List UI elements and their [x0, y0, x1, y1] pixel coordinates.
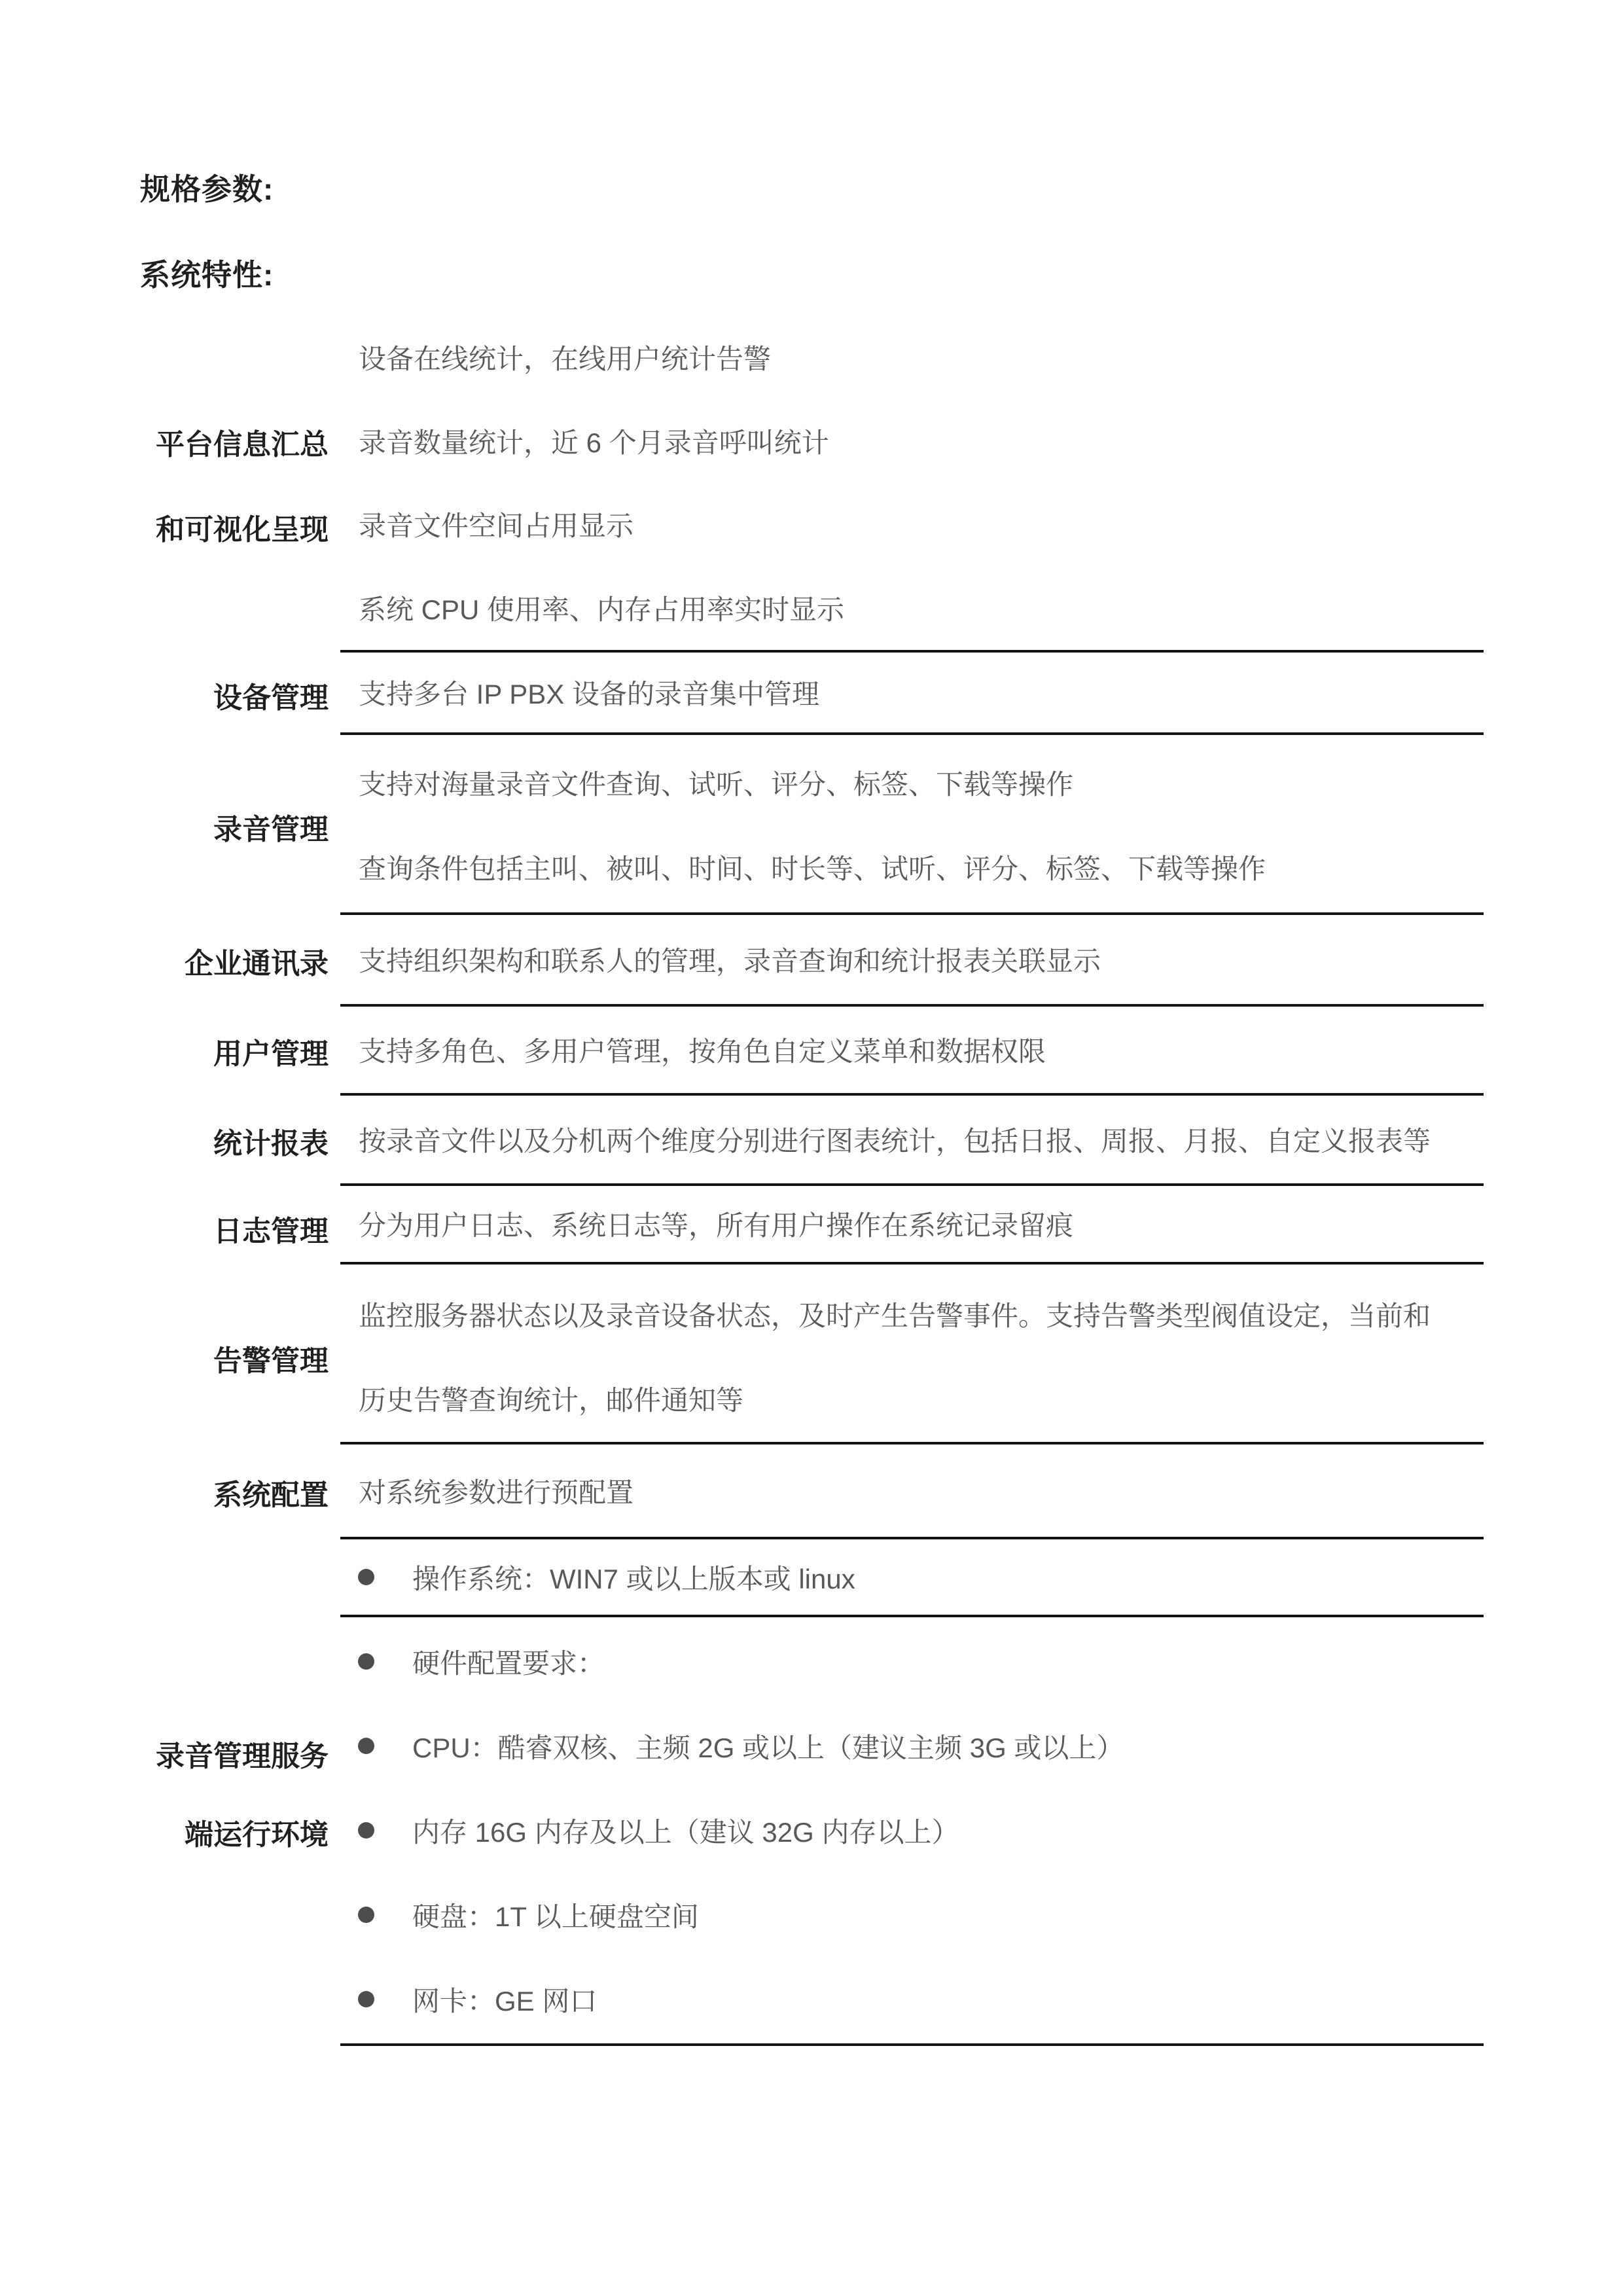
- row-content: 设备在线统计，在线用户统计告警 录音数量统计，近 6 个月录音呼叫统计 录音文件…: [340, 315, 1484, 653]
- table-row-system-config: 系统配置 对系统参数进行预配置: [140, 1444, 1484, 1539]
- label-line: 平台信息汇总: [156, 399, 329, 484]
- bullet-icon: [358, 1569, 374, 1585]
- feature-text: 设备在线统计，在线用户统计告警: [340, 315, 1484, 399]
- label-line: 设备管理: [213, 653, 329, 738]
- row-content: 支持组织架构和联系人的管理，录音查询和统计报表关联显示: [340, 915, 1484, 1007]
- feature-text: 系统 CPU 使用率、内存占用率实时显示: [340, 566, 1484, 650]
- feature-text: 历史告警查询统计，邮件通知等: [340, 1357, 1484, 1441]
- row-label: 统计报表: [140, 1096, 340, 1186]
- row-label: 平台信息汇总 和可视化呈现: [140, 315, 340, 653]
- row-content-stack: 操作系统：WIN7 或以上版本或 linux 硬件配置要求： CPU：酷睿双核、…: [340, 1539, 1484, 2046]
- heading-spec-params: 规格参数:: [140, 144, 1484, 230]
- row-content: 分为用户日志、系统日志等，所有用户操作在系统记录留痕: [340, 1186, 1484, 1265]
- table-row-recording-mgmt: 录音管理 支持对海量录音文件查询、试听、评分、标签、下载等操作 查询条件包括主叫…: [140, 738, 1484, 915]
- row-content: 硬件配置要求： CPU：酷睿双核、主频 2G 或以上（建议主频 3G 或以上） …: [340, 1617, 1484, 2046]
- feature-text: 按录音文件以及分机两个维度分别进行图表统计，包括日报、周报、月报、自定义报表等: [340, 1098, 1484, 1182]
- table-row-alarm-mgmt: 告警管理 监控服务器状态以及录音设备状态，及时产生告警事件。支持告警类型阀值设定…: [140, 1271, 1484, 1444]
- bullet-icon: [358, 1738, 374, 1754]
- label-line: 用户管理: [213, 1009, 329, 1094]
- row-content: 按录音文件以及分机两个维度分别进行图表统计，包括日报、周报、月报、自定义报表等: [340, 1096, 1484, 1186]
- label-line: 统计报表: [213, 1098, 329, 1183]
- label-line: 企业通讯录: [185, 918, 329, 1003]
- bullet-text: 内存 16G 内存及以上（建议 32G 内存以上）: [412, 1811, 959, 1850]
- bullet-icon: [358, 1907, 374, 1923]
- row-label: 录音管理服务 端运行环境: [140, 1539, 340, 2046]
- label-line: 日志管理: [213, 1186, 329, 1271]
- feature-text: 分为用户日志、系统日志等，所有用户操作在系统记录留痕: [340, 1186, 1484, 1262]
- table-row-device-mgmt: 设备管理 支持多台 IP PBX 设备的录音集中管理: [140, 653, 1484, 738]
- row-content: 支持对海量录音文件查询、试听、评分、标签、下载等操作 查询条件包括主叫、被叫、时…: [340, 738, 1484, 915]
- spec-bullet-item: CPU：酷睿双核、主频 2G 或以上（建议主频 3G 或以上）: [340, 1704, 1484, 1788]
- spec-bullet-item: 硬件配置要求：: [340, 1619, 1484, 1704]
- heading-system-features: 系统特性:: [140, 230, 1484, 315]
- row-label: 系统配置: [140, 1444, 340, 1539]
- spec-bullet-item: 硬盘：1T 以上硬盘空间: [340, 1873, 1484, 1957]
- row-content: 对系统参数进行预配置: [340, 1444, 1484, 1539]
- table-row-server-env: 录音管理服务 端运行环境 操作系统：WIN7 或以上版本或 linux 硬件配置…: [140, 1539, 1484, 2046]
- feature-text: 录音文件空间占用显示: [340, 483, 1484, 567]
- spec-bullet-item: 网卡：GE 网口: [340, 1957, 1484, 2041]
- feature-text: 对系统参数进行预配置: [340, 1448, 1484, 1533]
- row-label: 企业通讯录: [140, 915, 340, 1007]
- table-row-reports: 统计报表 按录音文件以及分机两个维度分别进行图表统计，包括日报、周报、月报、自定…: [140, 1096, 1484, 1186]
- features-table: 平台信息汇总 和可视化呈现 设备在线统计，在线用户统计告警 录音数量统计，近 6…: [140, 315, 1484, 2046]
- bullet-icon: [358, 1991, 374, 2007]
- table-row-user-mgmt: 用户管理 支持多角色、多用户管理，按角色自定义菜单和数据权限: [140, 1007, 1484, 1096]
- bullet-text: 硬件配置要求：: [412, 1642, 605, 1681]
- row-label: 日志管理: [140, 1186, 340, 1271]
- label-line: 告警管理: [213, 1316, 329, 1401]
- spec-bullet-item: 内存 16G 内存及以上（建议 32G 内存以上）: [340, 1788, 1484, 1873]
- table-row-log-mgmt: 日志管理 分为用户日志、系统日志等，所有用户操作在系统记录留痕: [140, 1186, 1484, 1271]
- label-line: 和可视化呈现: [156, 484, 329, 569]
- bullet-icon: [358, 1653, 374, 1670]
- table-row-contacts: 企业通讯录 支持组织架构和联系人的管理，录音查询和统计报表关联显示: [140, 915, 1484, 1007]
- row-content: 监控服务器状态以及录音设备状态，及时产生告警事件。支持告警类型阀值设定，当前和 …: [340, 1271, 1484, 1444]
- bullet-text: 硬盘：1T 以上硬盘空间: [412, 1895, 699, 1935]
- feature-text: 支持对海量录音文件查询、试听、评分、标签、下载等操作: [340, 741, 1484, 825]
- table-row-platform-summary: 平台信息汇总 和可视化呈现 设备在线统计，在线用户统计告警 录音数量统计，近 6…: [140, 315, 1484, 653]
- feature-text: 支持多角色、多用户管理，按角色自定义菜单和数据权限: [340, 1008, 1484, 1092]
- feature-text: 查询条件包括主叫、被叫、时间、时长等、试听、评分、标签、下载等操作: [340, 825, 1484, 910]
- bullet-text: CPU：酷睿双核、主频 2G 或以上（建议主频 3G 或以上）: [412, 1727, 1124, 1766]
- feature-text: 支持多台 IP PBX 设备的录音集中管理: [340, 653, 1484, 732]
- label-line: 系统配置: [213, 1450, 329, 1535]
- feature-text: 录音数量统计，近 6 个月录音呼叫统计: [340, 399, 1484, 483]
- document-page: 规格参数: 系统特性: 平台信息汇总 和可视化呈现 设备在线统计，在线用户统计告…: [0, 0, 1623, 2296]
- row-label: 告警管理: [140, 1271, 340, 1444]
- document-body: 规格参数: 系统特性: 平台信息汇总 和可视化呈现 设备在线统计，在线用户统计告…: [140, 144, 1484, 2046]
- row-label: 用户管理: [140, 1007, 340, 1096]
- bullet-text: 操作系统：WIN7 或以上版本或 linux: [412, 1558, 855, 1597]
- feature-text: 支持组织架构和联系人的管理，录音查询和统计报表关联显示: [340, 918, 1484, 1002]
- row-content: 支持多台 IP PBX 设备的录音集中管理: [340, 653, 1484, 735]
- row-label: 录音管理: [140, 738, 340, 915]
- label-line: 录音管理服务: [156, 1714, 329, 1793]
- row-content: 支持多角色、多用户管理，按角色自定义菜单和数据权限: [340, 1007, 1484, 1096]
- label-line: 端运行环境: [185, 1793, 329, 1871]
- label-line: 录音管理: [213, 784, 329, 869]
- row-label: 设备管理: [140, 653, 340, 738]
- bullet-text: 网卡：GE 网口: [412, 1980, 597, 2019]
- feature-text: 监控服务器状态以及录音设备状态，及时产生告警事件。支持告警类型阀值设定，当前和: [340, 1272, 1484, 1357]
- row-content: 操作系统：WIN7 或以上版本或 linux: [340, 1539, 1484, 1617]
- bullet-icon: [358, 1822, 374, 1839]
- spec-bullet-item: 操作系统：WIN7 或以上版本或 linux: [340, 1539, 1484, 1615]
